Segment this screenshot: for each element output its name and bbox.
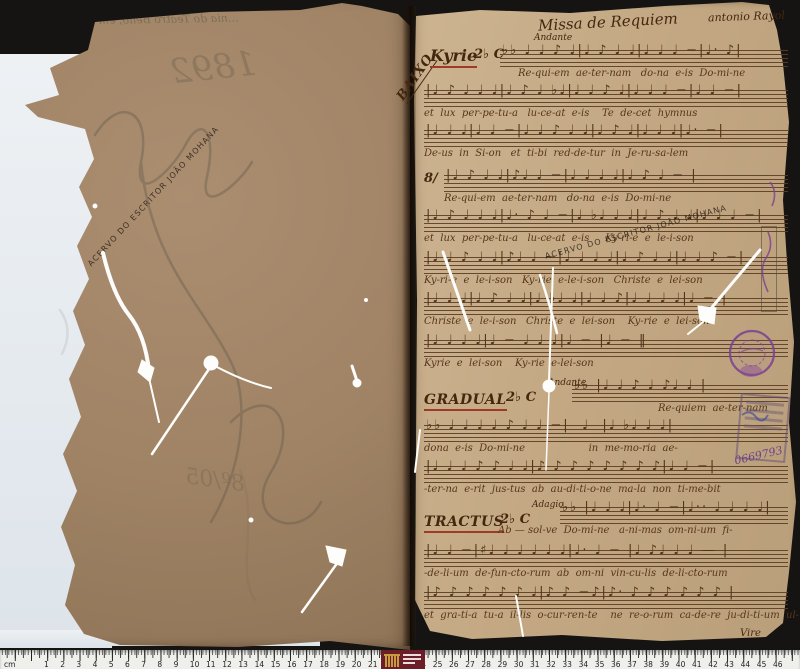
- page-turn-mark: Vire: [740, 628, 761, 639]
- lyric-line: et lux per-pe-tu-a lu-ce-at e-is Ky-ri-e…: [424, 233, 694, 244]
- measuring-ruler: cm 1234567891011121314151617181920212223…: [0, 650, 800, 669]
- ruler-number: 9: [174, 660, 179, 669]
- ruler-number: 36: [611, 660, 621, 669]
- ruler-number: 41: [692, 660, 702, 669]
- bleedthrough-text-top: …nia do Teatro Bello, em 18…: [70, 12, 239, 28]
- ruler-number: 14: [255, 660, 265, 669]
- ruler-number: 28: [481, 660, 491, 669]
- ruler-number: 21: [368, 660, 378, 669]
- handwritten-notes: ♭♭ ♩ ♩ ♪ ♩|♩ ♪ ♩ ♩|♩ ♩ ♩ −|♩· ♪|: [502, 43, 790, 58]
- ruler-number: 42: [708, 660, 718, 669]
- staff-system: |♩ ♪ ♩ ♩|♪♩ ♩ −|♩ ♩ ♩ ♩|♩ ♪ ♩ − |: [444, 175, 788, 192]
- staff-system: |♩ ♪ ♩ ♩ ♩|♩· ♪ ♩ −|♩ ♭♩ ♩ ♩|♩ ♪ ♩ ♩|♩ ♩…: [424, 215, 788, 232]
- tempo-tractus: Adagio: [532, 500, 564, 510]
- handwritten-notes: |♩ ♩ −|♯♩ ♩ ♩ ♩ ♩ ♩|♩· ♩ − |♩ ♪♩ ♩ ♩ — |: [426, 543, 790, 558]
- margin-annotation-box: [761, 226, 777, 312]
- ruler-number: 12: [222, 660, 232, 669]
- ruler-number: 37: [627, 660, 637, 669]
- staff-system: ♭♭ ♩ ♩ ♪ ♩|♩ ♪ ♩ ♩|♩ ♩ ♩ −|♩· ♪|: [500, 50, 788, 67]
- ruler-number: 27: [465, 660, 475, 669]
- handwritten-notes: |♩ ♩ ♩ ♩|♩ − ♩ ♩ ♩|♩ − |♩ − ‖: [426, 333, 790, 348]
- lyric-line: Christe e le-i-son Christe e lei-son Ky-…: [424, 316, 709, 327]
- section-heading-gradual: GRADUAL: [424, 392, 507, 408]
- ruler-number: 33: [562, 660, 572, 669]
- staff-system: |♩ ♩ ♩|♩ ♩ −|♩ ♩ ♪ ♩ ♩|♩ ♪ ♩|♩ ♩ ♩|♩· −|: [424, 130, 788, 147]
- ruler-number: 3: [76, 660, 81, 669]
- staff-system: |♩ ♩ ♪ ♩ ♩|♪♩ ♩ −|♩ ♩ ♩ ♩|♩ ♪ ♩ ♩|♩ ♩ ♪ …: [424, 257, 788, 274]
- bleedthrough-text-bottom: 8º/05: [184, 464, 247, 497]
- handwritten-notes: |♩ ♪ ♩ ♩ ♩|♩· ♪ ♩ −|♩ ♭♩ ♩ ♩|♩ ♪ ♩ ♩|♩ ♩…: [426, 208, 790, 223]
- lyric-line: Ab — sol-ve Do-mi-ne a-ni-mas om-ni-um f…: [498, 525, 733, 536]
- staff-system: |♩ ♩ ♩|♩ ♪ ♩ ♩|♩ ♭♩ ♩|♩ ♩ ♪|♩ ♩ ♩ ♩|♩ − …: [424, 298, 788, 315]
- octave-mark: 8/: [424, 171, 438, 186]
- lyric-line: et lux per-pe-tu-a lu-ce-at e-is Te de-c…: [424, 108, 697, 119]
- ruler-number: 8: [157, 660, 162, 669]
- handwritten-notes: ♭♭ |♩ ♩ ♪ ♩ ♪♩ ♩ |: [574, 378, 790, 393]
- ruler-number: 43: [724, 660, 734, 669]
- staff-system: ♭♭ |♩ ♩ ♩|♩· ♩ −|♩·· ♩ ♩ ♩ ♩|: [560, 507, 788, 524]
- lyric-line: Re-qui-em ae-ter-nam do-na e-is Do-mi-ne: [444, 193, 671, 204]
- ruler-number: 16: [287, 660, 297, 669]
- ruler-number: 25: [433, 660, 443, 669]
- key-signature-gradual: 2♭ C: [506, 390, 536, 405]
- ruler-number: 46: [773, 660, 783, 669]
- handwritten-notes: |♪ ♪ ♪ ♪ ♪ ♪ ♩|♪ ♪ −♪|♪· ♪ ♪ ♪ ♪ ♪ ♪ |: [426, 585, 790, 600]
- ruler-number: 11: [206, 660, 216, 669]
- staff-system: |♩ ♩ −|♯♩ ♩ ♩ ♩ ♩ ♩|♩· ♩ − |♩ ♪♩ ♩ ♩ — |: [424, 550, 788, 567]
- handwritten-notes: ♭♭ |♩ ♩ ♩|♩· ♩ −|♩·· ♩ ♩ ♩ ♩|: [562, 500, 790, 515]
- ruler-number: 34: [579, 660, 589, 669]
- ruler-number: 7: [141, 660, 146, 669]
- ruler-number: 13: [238, 660, 248, 669]
- staff-system: |♩ ♩ ♩ ♩|♩ − ♩ ♩ ♩|♩ − |♩ − ‖: [424, 340, 788, 357]
- ruler-number: 10: [190, 660, 200, 669]
- building-icon: [384, 654, 400, 667]
- ruler-number: 40: [676, 660, 686, 669]
- lyric-line: -de-li-um de-fun-cto-rum ab om-ni vin-cu…: [424, 568, 728, 579]
- lyric-line: Re-qui-em ae-ter-nam do-na e-is Do-mi-ne: [518, 68, 745, 79]
- ruler-number: 35: [595, 660, 605, 669]
- ruler-number: 44: [741, 660, 751, 669]
- ruler-unit-label: cm: [4, 660, 15, 669]
- ruler-number: 38: [643, 660, 653, 669]
- section-heading-tractus: TRACTUS: [424, 514, 504, 530]
- handwritten-notes: |♩ ♩ ♪ ♩ ♩|♪♩ ♩ −|♩ ♩ ♩ ♩|♩ ♪ ♩ ♩|♩ ♩ ♪ …: [426, 250, 790, 265]
- ruler-number: 15: [271, 660, 281, 669]
- staff-system: ♭♭ ♩ ♩ ♩ ♩ ♪ ♩ ♩ −| ♩ |♩ ♭♩ ♩ ♩|: [424, 425, 788, 442]
- ruler-number: 45: [757, 660, 767, 669]
- ruler-number: 19: [336, 660, 346, 669]
- ruler-number: 26: [449, 660, 459, 669]
- lyric-line: Kyrie e lei-son Ky-rie e-lei-son: [424, 358, 594, 369]
- staff-system: |♪ ♪ ♪ ♪ ♪ ♪ ♩|♪ ♪ −♪|♪· ♪ ♪ ♪ ♪ ♪ ♪ |: [424, 592, 788, 609]
- staff-system: |♩ ♩ ♩ ♪ ♪ ♩ ♩|♪ ♪ ♪ ♪ ♪ ♪ ♪ ♪|♩ ♩ −|: [424, 466, 788, 483]
- handwritten-notes: |♩ ♩ ♩|♩ ♪ ♩ ♩|♩ ♭♩ ♩|♩ ♩ ♪|♩ ♩ ♩ ♩|♩ − …: [426, 291, 790, 306]
- section-heading-kyrie: Kyrie: [430, 46, 477, 65]
- bleedthrough-year: 1892: [168, 44, 258, 93]
- lyric-line: De-us in Si-on et ti-bi red-de-tur in Je…: [424, 148, 688, 159]
- ruler-number: 39: [660, 660, 670, 669]
- ruler-number: 6: [125, 660, 130, 669]
- staff-system: |♩ ♪ ♩ ♩ ♩|♩ ♪ ♩ ♭♩|♩ ♩ ♪ ♩|♩ ♩ ♩ −|♩ ♩ …: [424, 90, 788, 107]
- ruler-number: 32: [546, 660, 556, 669]
- scanned-manuscript-photo: …nia do Teatro Bello, em 18… 1892 8º/05 …: [0, 0, 800, 669]
- handwritten-notes: |♩ ♪ ♩ ♩|♪♩ ♩ −|♩ ♩ ♩ ♩|♩ ♪ ♩ − |: [446, 168, 790, 183]
- tempo-kyrie: Andante: [534, 33, 572, 43]
- lyric-line: -ter-na e-rit jus-tus ab au-di-ti-o-ne m…: [424, 484, 721, 495]
- ruler-number: 20: [352, 660, 362, 669]
- lyric-line: Ky-ri-e e le-i-son Ky-rie e-le-i-son Chr…: [424, 275, 703, 286]
- ruler-number: 18: [319, 660, 329, 669]
- lyric-line: et gra-ti-a tu-a il-lis o-cur-ren-te ne …: [424, 610, 799, 621]
- ruler-number: 1: [44, 660, 49, 669]
- ruler-number: 29: [498, 660, 508, 669]
- ruler-number: 30: [514, 660, 524, 669]
- composer-name: antonio Rayol: [708, 9, 785, 25]
- lyric-line: dona e-is Do-mi-ne in me-mo-ria ae-: [424, 443, 678, 454]
- ruler-number: 31: [530, 660, 540, 669]
- ruler-number: 5: [109, 660, 114, 669]
- ruler-number: 2: [60, 660, 65, 669]
- ruler-number: 4: [93, 660, 98, 669]
- archive-logo-patch: [381, 650, 425, 669]
- ruler-number: 17: [303, 660, 313, 669]
- handwritten-notes: |♩ ♩ ♩|♩ ♩ −|♩ ♩ ♪ ♩ ♩|♩ ♪ ♩|♩ ♩ ♩|♩· −|: [426, 123, 790, 138]
- handwritten-notes: |♩ ♪ ♩ ♩ ♩|♩ ♪ ♩ ♭♩|♩ ♩ ♪ ♩|♩ ♩ ♩ −|♩ ♩ …: [426, 83, 790, 98]
- handwritten-notes: ♭♭ ♩ ♩ ♩ ♩ ♪ ♩ ♩ −| ♩ |♩ ♭♩ ♩ ♩|: [426, 418, 790, 433]
